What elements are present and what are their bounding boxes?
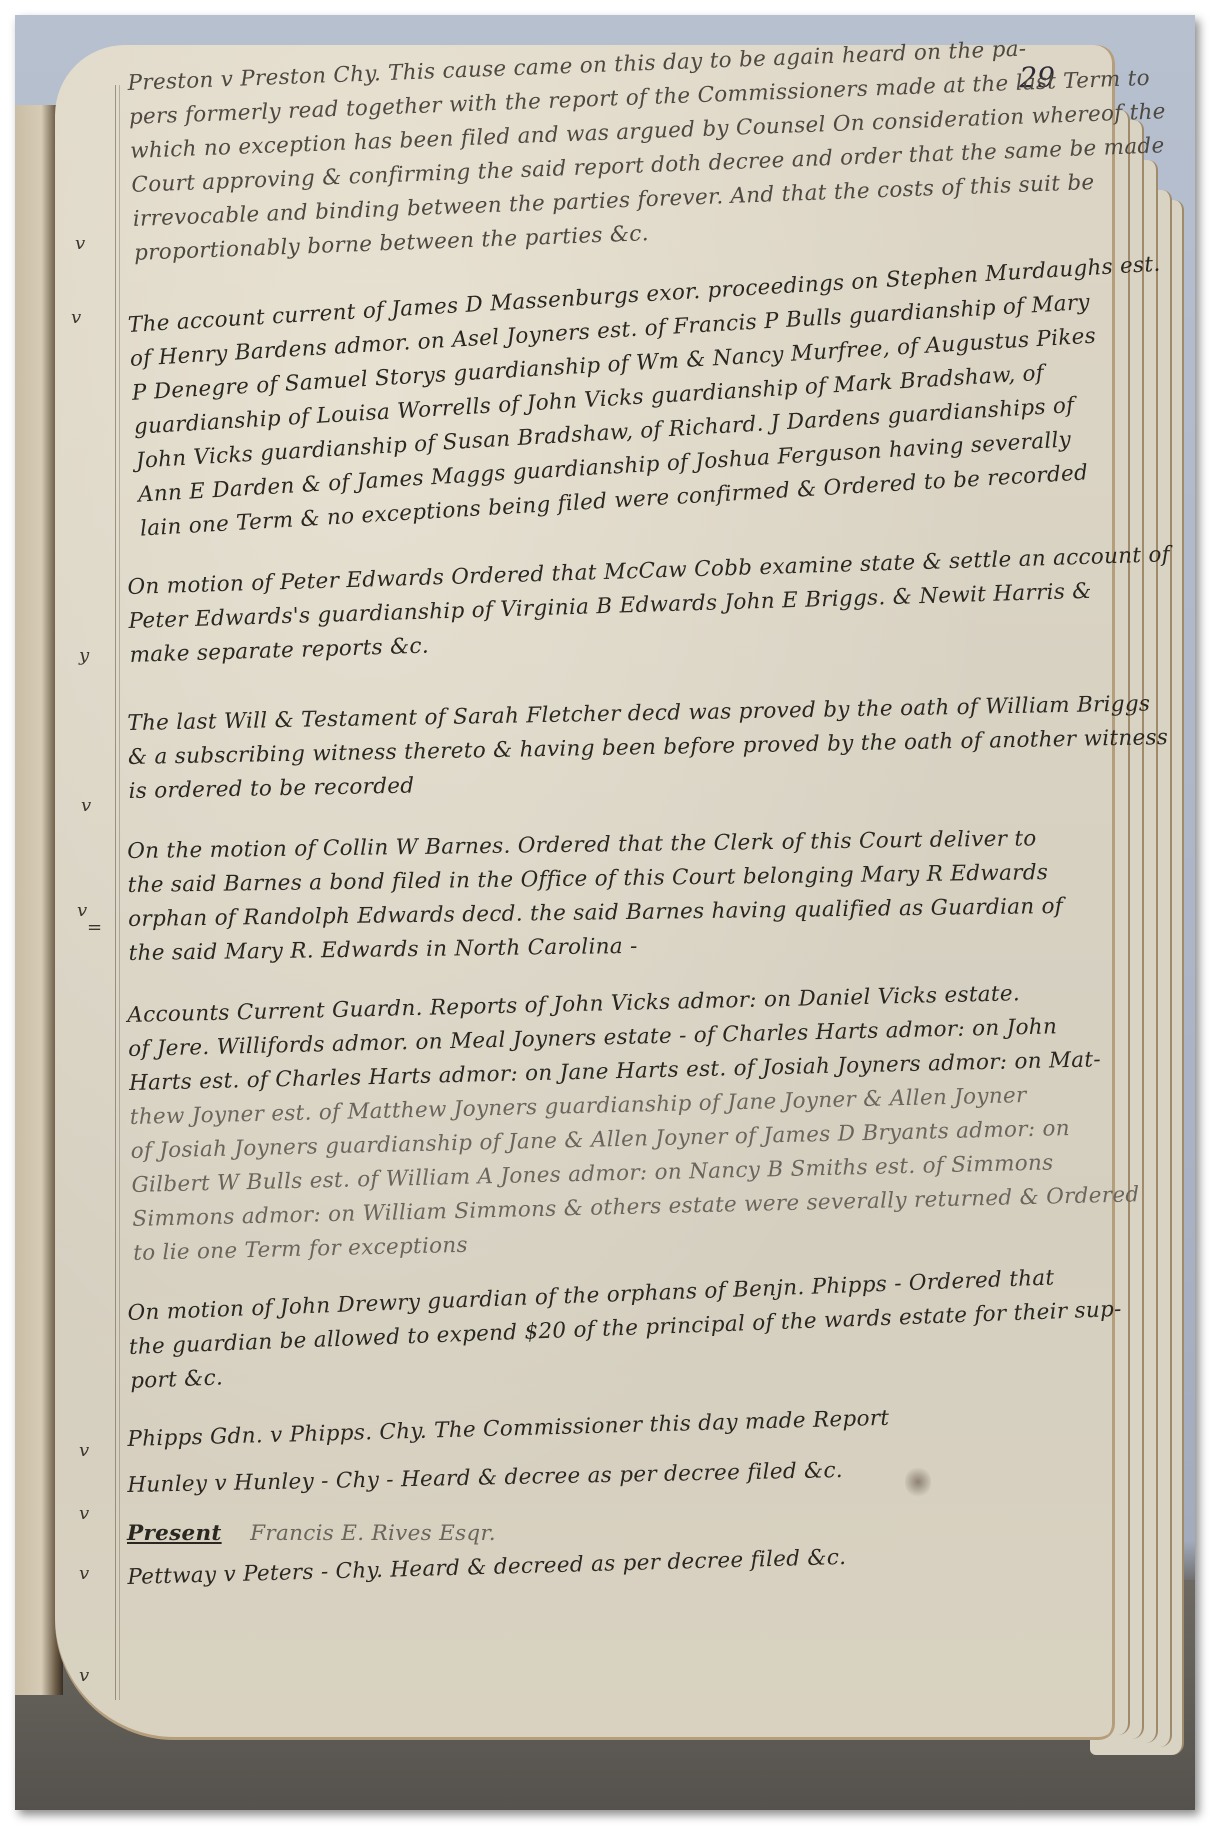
present-label: Present	[127, 1521, 222, 1546]
margin-mark: y	[79, 645, 89, 666]
margin-rule	[115, 85, 116, 1700]
entry-phipps-v-phipps: Phipps Gdn. v Phipps. Chy. The Commissio…	[127, 1397, 1076, 1457]
entry-motion-collin-barnes: On the motion of Collin W Barnes. Ordere…	[127, 822, 1077, 971]
entry-line: Phipps Gdn. v Phipps. Chy. The Commissio…	[127, 1397, 1076, 1457]
photo-frame: 29 v v y v v = v v v v Preston v Preston…	[15, 15, 1195, 1810]
margin-mark: v	[79, 1503, 89, 1524]
entry-line: Hunley v Hunley - Chy - Heard & decree a…	[127, 1449, 1076, 1503]
entry-will-sarah-fletcher: The last Will & Testament of Sarah Fletc…	[127, 689, 1077, 809]
entry-preston-v-preston: Preston v Preston Chy. This cause came o…	[127, 31, 1082, 271]
entry-motion-peter-edwards: On motion of Peter Edwards Ordered that …	[127, 541, 1078, 673]
margin-rule	[119, 85, 120, 1700]
ink-stain	[905, 1465, 931, 1499]
entry-motion-john-drewry: On motion of John Drewry guardian of the…	[127, 1261, 1078, 1399]
entry-accounts-current-guardians: Accounts Current Guardn. Reports of John…	[127, 976, 1081, 1271]
margin-mark: v	[77, 900, 87, 921]
ledger-entries: Preston v Preston Chy. This cause came o…	[127, 67, 1075, 1359]
margin-mark: v	[79, 1665, 89, 1686]
margin-mark: v	[71, 307, 81, 328]
ledger-page: 29 v v y v v = v v v v Preston v Preston…	[55, 45, 1115, 1740]
present-judge: Francis E. Rives Esqr.	[250, 1521, 496, 1546]
margin-mark: v	[81, 795, 91, 816]
margin-mark: =	[87, 917, 102, 938]
margin-notes: v v y v v = v v v v	[57, 45, 115, 1740]
margin-mark: v	[79, 1563, 89, 1584]
entry-hunley-v-hunley: Hunley v Hunley - Chy - Heard & decree a…	[127, 1449, 1076, 1503]
margin-mark: v	[79, 1440, 89, 1461]
margin-mark: v	[75, 233, 85, 254]
entry-accounts-current-massenburg: The account current of James D Massenbur…	[127, 253, 1087, 547]
